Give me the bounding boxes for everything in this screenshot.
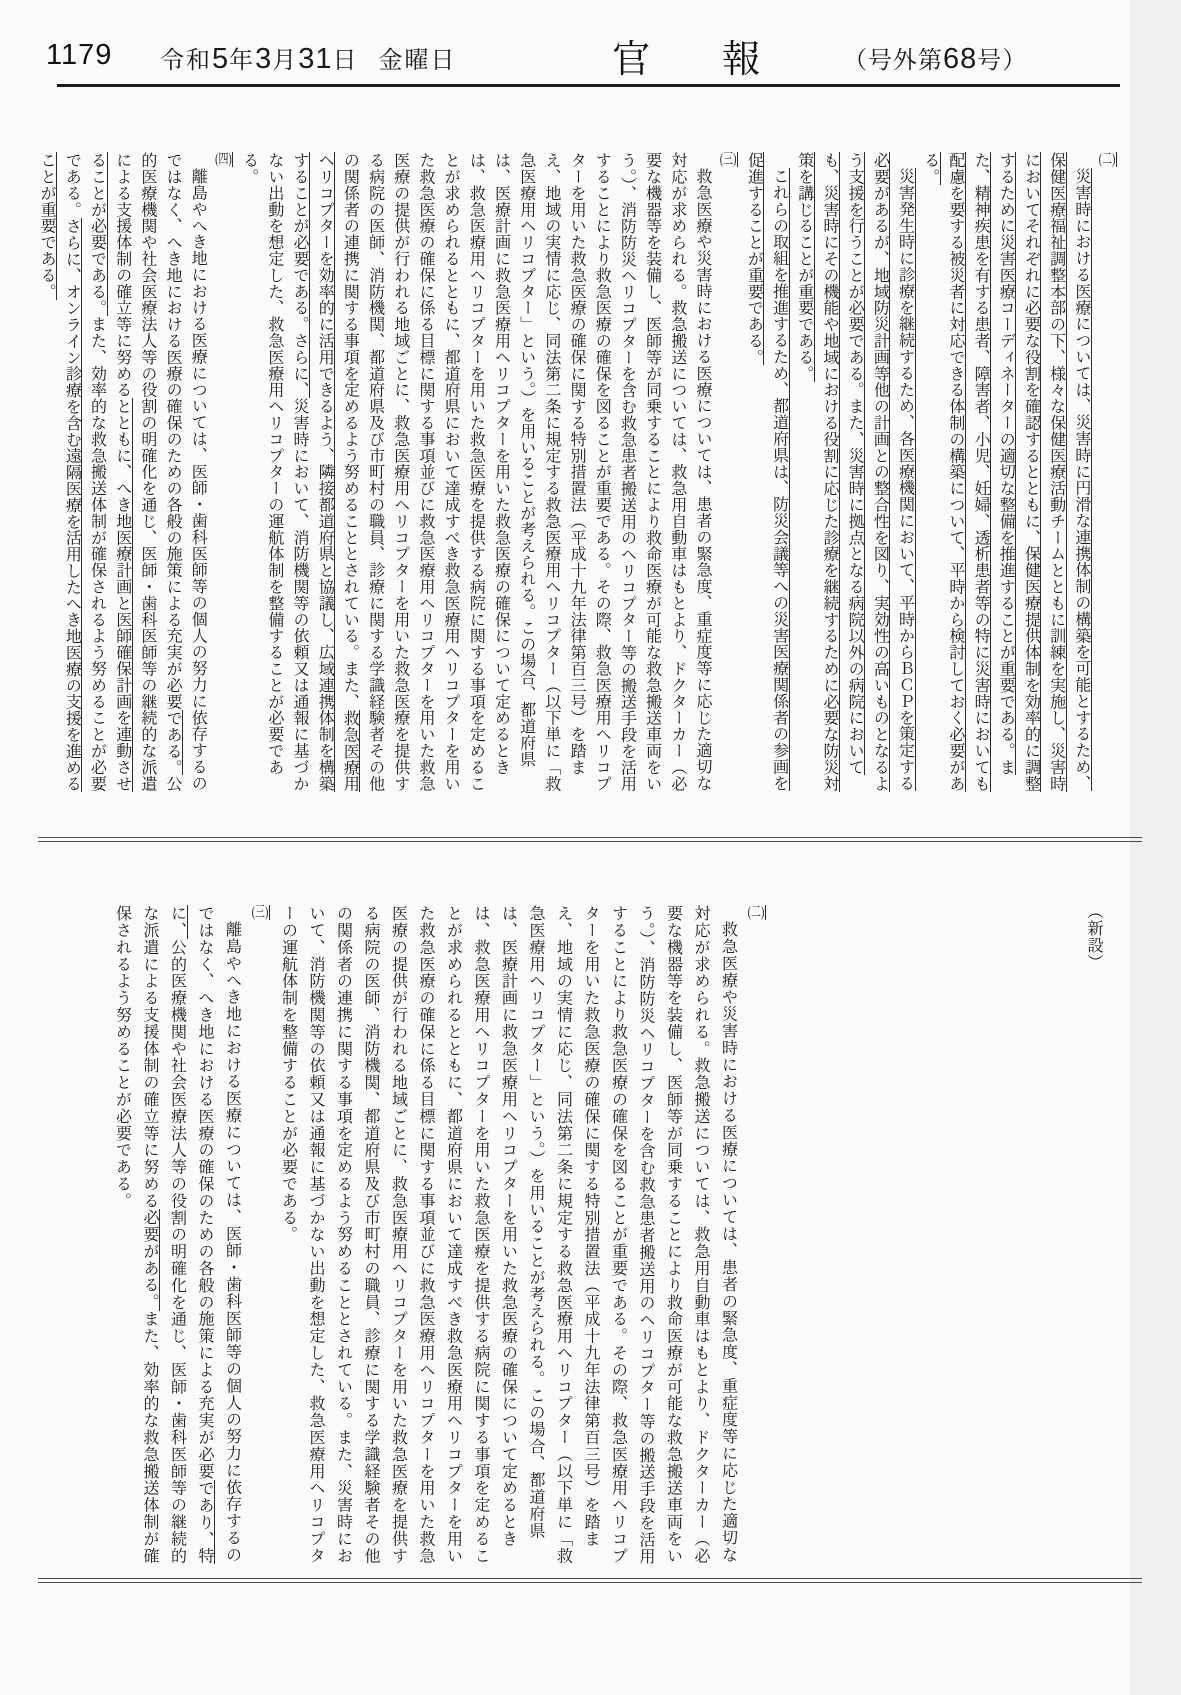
amended-text-segment: さらに、オンライン診療を含む遠隔医療を活用したへき地医療の支援を進めることが重要…	[38, 152, 82, 792]
text-segment: 救急医療や災害時における医療については、患者の緊急度、重症度等に応じた適切な対応…	[280, 905, 737, 1565]
header-numeral: 68	[943, 43, 977, 75]
paragraph: 離島やへき地における医療については、医師・歯科医師等の個人の努力に依存するのでは…	[108, 905, 246, 1565]
new-provision-block: (二)災害時における医療については、災害時に円滑な連携体制の構築を可能とするため…	[62, 152, 1120, 792]
newly-established-label: （新設）	[1082, 903, 1105, 1023]
page-edge-shading	[1130, 0, 1181, 1695]
section-number: (三)	[252, 905, 270, 920]
header-numeral: 3	[255, 43, 272, 75]
issue-number: （号外第68号）	[843, 40, 1027, 76]
paragraph: 救急医療や災害時における医療については、患者の緊急度、重症度等に応じた適切な対応…	[274, 905, 742, 1565]
page-number: 1179	[46, 36, 112, 72]
block-divider-top	[38, 837, 1142, 842]
amended-text-segment: 災害時における医療については、災害時に円滑な連携体制の構築を可能とするため、保健…	[922, 152, 1092, 792]
section-marker: (二)	[1094, 152, 1120, 792]
paragraph: 離島やへき地における医療については、医師・歯科医師等の個人の努力に依存するのでは…	[34, 152, 210, 792]
weekday-label: 金曜日	[379, 48, 457, 74]
amended-text-segment: 必要がある。	[141, 1209, 160, 1310]
amended-text-segment: これらの取組を推進するため、都道府県は、防災会議等への災害医療関係者の参画を促進…	[745, 152, 789, 791]
section-number: (三)	[720, 152, 738, 167]
amended-text-segment: である。	[164, 710, 183, 776]
gazette-title: 官報	[612, 28, 832, 83]
header-date-line: 令和5年3月31日金曜日	[160, 40, 457, 76]
text-segment: 離島やへき地における医療については、医師・歯科医師等の個人の努力に依存するのでは…	[164, 152, 206, 791]
header-numeral: 5	[212, 43, 229, 75]
paragraph: これらの取組を推進するため、都道府県は、防災会議等への災害医療関係者の参画を促進…	[741, 152, 791, 792]
section-number: (二)	[1099, 152, 1117, 167]
section-marker: (四)	[210, 152, 236, 792]
issue-date: 令和5年3月31日	[160, 48, 359, 74]
text-segment: 離島やへき地における医療については、医師・歯科医師等の個人の努力に依存するのでは…	[196, 905, 241, 1563]
old-provision-block: (二)救急医療や災害時における医療については、患者の緊急度、重症度等に応じた適切…	[108, 905, 770, 1565]
amended-text-segment: 災害発生時に診療を継続するため、各医療機関において、平時からＢＣＰを策定する必要…	[796, 152, 916, 792]
header-numeral: 31	[298, 43, 332, 75]
section-marker: (二)	[742, 905, 771, 1565]
section-number: (四)	[215, 152, 233, 167]
header-numeral: 1179	[46, 39, 112, 71]
gazette-page: 1179 令和5年3月31日金曜日 官報 （号外第68号） (二)災害時における…	[0, 0, 1181, 1695]
paragraph: 災害時における医療については、災害時に円滑な連携体制の構築を可能とするため、保健…	[918, 152, 1094, 792]
paragraph: 救急医療や災害時における医療については、患者の緊急度、重症度等に応じた適切な対応…	[236, 152, 715, 792]
text-segment: 救急医療や災害時における医療については、患者の緊急度、重症度等に応じた適切な対応…	[341, 152, 711, 792]
block-divider-bottom	[38, 1578, 1142, 1583]
paragraph: 災害発生時に診療を継続するため、各医療機関において、平時からＢＣＰを策定する必要…	[792, 152, 918, 792]
section-marker: (三)	[246, 905, 275, 1565]
header-rule	[57, 84, 1120, 87]
section-marker: (三)	[715, 152, 741, 792]
section-number: (二)	[748, 905, 766, 920]
